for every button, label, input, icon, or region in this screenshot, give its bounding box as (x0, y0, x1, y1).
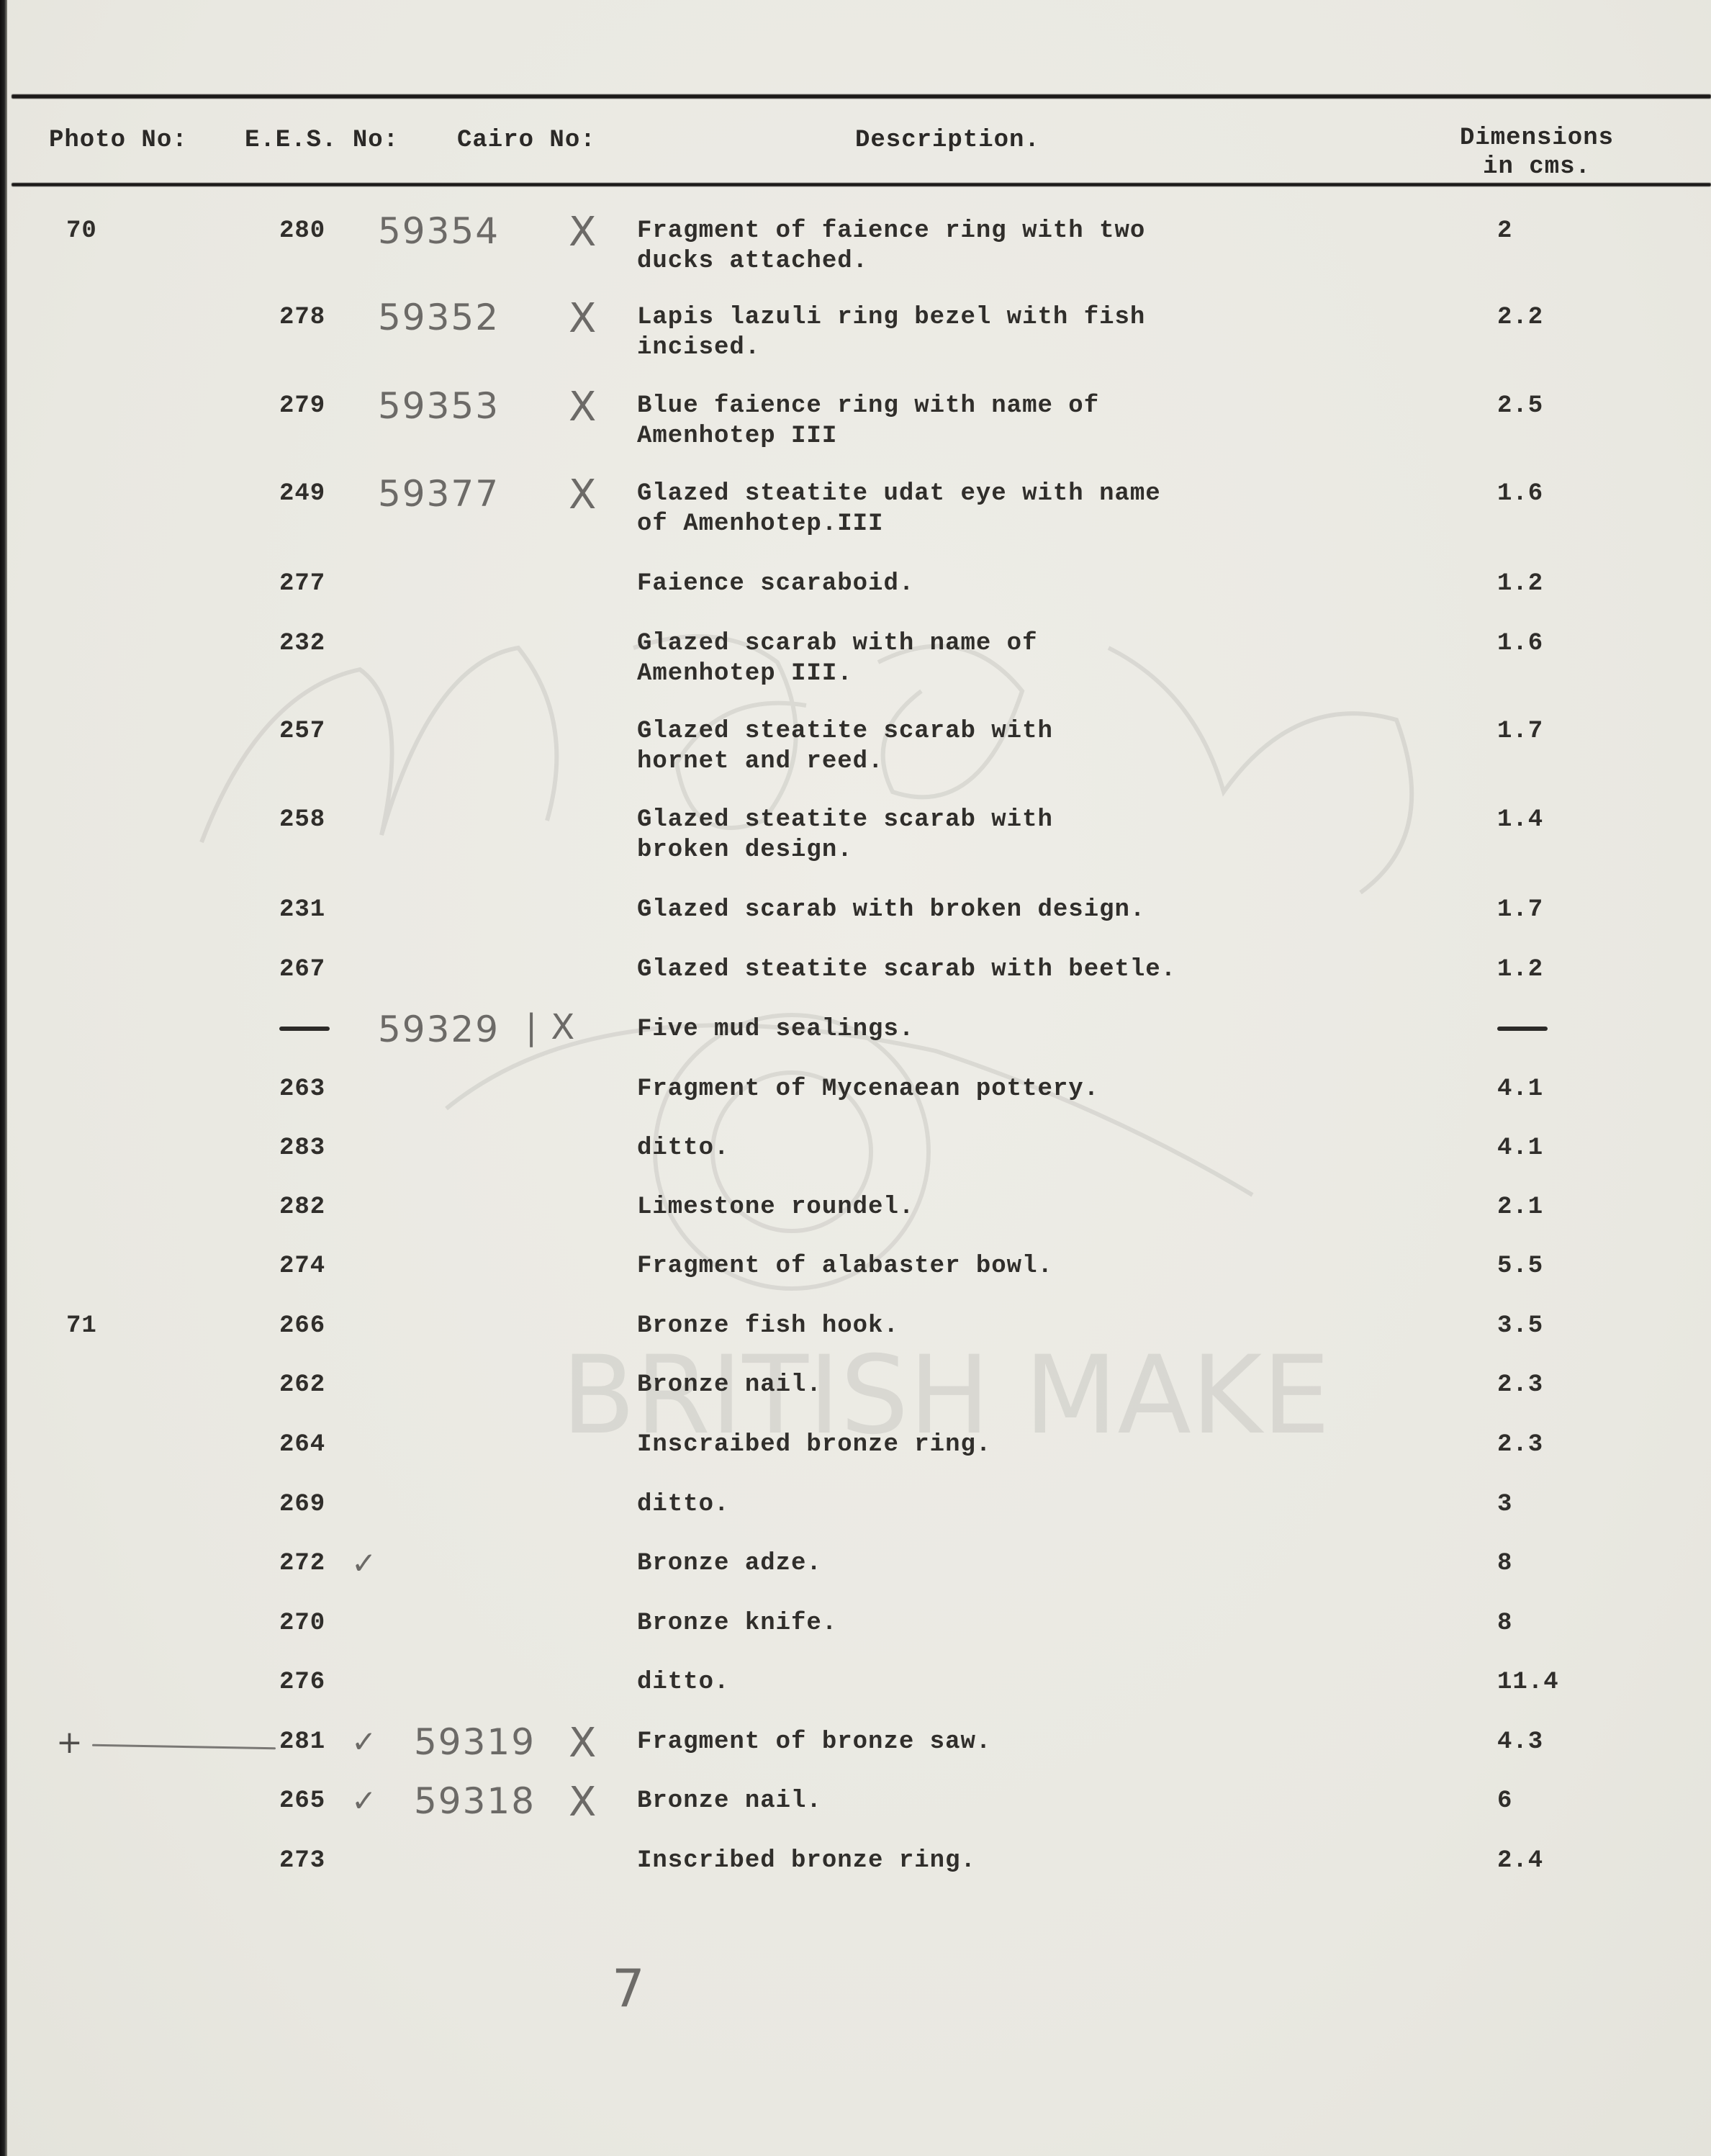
dimension (1497, 1014, 1548, 1045)
dimension: 2.1 (1497, 1192, 1543, 1222)
pencil-x-mark: X (569, 1720, 597, 1767)
dimension: 6 (1497, 1786, 1512, 1816)
dimension: 2.3 (1497, 1430, 1543, 1460)
top-rule (12, 94, 1711, 99)
ees-no: 265 (279, 1786, 325, 1816)
cairo-no: 59354 (378, 210, 500, 252)
cairo-no: 59352 (378, 297, 500, 338)
photo-no: 71 (66, 1311, 97, 1341)
ees-no: 277 (279, 569, 325, 599)
dimension: 1.6 (1497, 628, 1543, 659)
document-page: BRITISH MAKE Photo No: E.E.S. No: Cairo … (7, 0, 1711, 2156)
header-description: Description. (855, 127, 1040, 154)
scan-left-edge (0, 0, 7, 2156)
description: Bronze fish hook. (637, 1311, 1285, 1341)
dimension: 2 (1497, 216, 1512, 246)
description: Bronze adze. (637, 1548, 1285, 1579)
header-dimensions: Dimensions in cms. (1447, 124, 1627, 181)
description: Glazed steatite scarab with beetle. (637, 955, 1285, 985)
ees-no: 273 (279, 1846, 325, 1876)
header-cairo-no: Cairo No: (457, 127, 596, 154)
ees-no: 283 (279, 1133, 325, 1163)
description: Glazed steatite scarab with broken desig… (637, 805, 1285, 865)
dash-mark (1497, 1027, 1548, 1031)
photo-no: 70 (66, 216, 97, 246)
dimension: 1.4 (1497, 805, 1543, 835)
description: Fragment of faience ring with two ducks … (637, 216, 1285, 276)
cairo-no: 59353 (378, 385, 500, 427)
pencil-tick-icon: ✓ (351, 1724, 378, 1759)
description: Lapis lazuli ring bezel with fish incise… (637, 302, 1285, 363)
ees-no: 270 (279, 1608, 325, 1638)
dimension: 2.5 (1497, 391, 1543, 421)
description: Inscribed bronze ring. (637, 1846, 1285, 1876)
description: Bronze nail. (637, 1370, 1285, 1400)
pencil-x-mark: | X (525, 1007, 576, 1047)
header-photo-no: Photo No: (49, 127, 188, 154)
dimension: 1.2 (1497, 569, 1543, 599)
pencil-x-mark: X (569, 1779, 597, 1826)
dimension: 8 (1497, 1608, 1512, 1638)
cairo-no: 59319 (414, 1721, 536, 1763)
pencil-x-mark: X (569, 295, 597, 342)
ees-no: 266 (279, 1311, 325, 1341)
pencil-page-number: 7 (612, 1958, 645, 2019)
description: ditto. (637, 1489, 1285, 1520)
cairo-no: 59377 (378, 473, 500, 515)
cairo-no: 59329 (378, 1009, 500, 1050)
ees-no: 279 (279, 391, 325, 421)
ees-no: 269 (279, 1489, 325, 1520)
dimension: 2.2 (1497, 302, 1543, 333)
pencil-plus-mark: + (56, 1724, 83, 1761)
ees-no: 267 (279, 955, 325, 985)
dimension: 1.7 (1497, 716, 1543, 747)
ees-no: 231 (279, 895, 325, 925)
description: Glazed scarab with broken design. (637, 895, 1285, 925)
description: Limestone roundel. (637, 1192, 1285, 1222)
ees-no: 280 (279, 216, 325, 246)
description: Fragment of alabaster bowl. (637, 1251, 1285, 1281)
description: Fragment of Mycenaean pottery. (637, 1074, 1285, 1104)
ees-no: 258 (279, 805, 325, 835)
dimension: 3 (1497, 1489, 1512, 1520)
dimension: 1.2 (1497, 955, 1543, 985)
header-rule (12, 183, 1711, 186)
description: ditto. (637, 1667, 1285, 1697)
ees-no: 276 (279, 1667, 325, 1697)
description: Blue faience ring with name of Amenhotep… (637, 391, 1285, 451)
ees-no: 272 (279, 1548, 325, 1579)
cairo-no: 59318 (414, 1780, 536, 1822)
ees-no: 264 (279, 1430, 325, 1460)
pencil-x-mark: X (569, 472, 597, 518)
pencil-tick-icon: ✓ (351, 1546, 378, 1581)
dimension: 4.1 (1497, 1133, 1543, 1163)
description: Bronze knife. (637, 1608, 1285, 1638)
description: Bronze nail. (637, 1786, 1285, 1816)
ees-no: 262 (279, 1370, 325, 1400)
dimension: 5.5 (1497, 1251, 1543, 1281)
ees-no: 278 (279, 302, 325, 333)
dimension: 4.3 (1497, 1727, 1543, 1757)
dash-mark (279, 1027, 330, 1031)
dimension: 1.7 (1497, 895, 1543, 925)
ees-no: 232 (279, 628, 325, 659)
pencil-x-mark: X (569, 209, 597, 256)
dimension: 3.5 (1497, 1311, 1543, 1341)
dimension: 11.4 (1497, 1667, 1559, 1697)
ees-no: 249 (279, 479, 325, 509)
dimension: 4.1 (1497, 1074, 1543, 1104)
description: Inscraibed bronze ring. (637, 1430, 1285, 1460)
ees-no: 257 (279, 716, 325, 747)
ees-no (279, 1014, 330, 1045)
ees-no: 263 (279, 1074, 325, 1104)
dimension: 2.4 (1497, 1846, 1543, 1876)
ees-no: 282 (279, 1192, 325, 1222)
description: Glazed scarab with name of Amenhotep III… (637, 628, 1285, 689)
pencil-x-mark: X (569, 384, 597, 430)
ees-no: 274 (279, 1251, 325, 1281)
ees-no: 281 (279, 1727, 325, 1757)
description: ditto. (637, 1133, 1285, 1163)
description: Faience scaraboid. (637, 569, 1285, 599)
dimension: 2.3 (1497, 1370, 1543, 1400)
header-ees-no: E.E.S. No: (245, 127, 399, 154)
description: Five mud sealings. (637, 1014, 1285, 1045)
description: Fragment of bronze saw. (637, 1727, 1285, 1757)
pencil-tick-icon: ✓ (351, 1783, 378, 1818)
dimension: 1.6 (1497, 479, 1543, 509)
description: Glazed steatite udat eye with name of Am… (637, 479, 1285, 539)
description: Glazed steatite scarab with hornet and r… (637, 716, 1285, 777)
dimension: 8 (1497, 1548, 1512, 1579)
pencil-line (92, 1744, 276, 1749)
